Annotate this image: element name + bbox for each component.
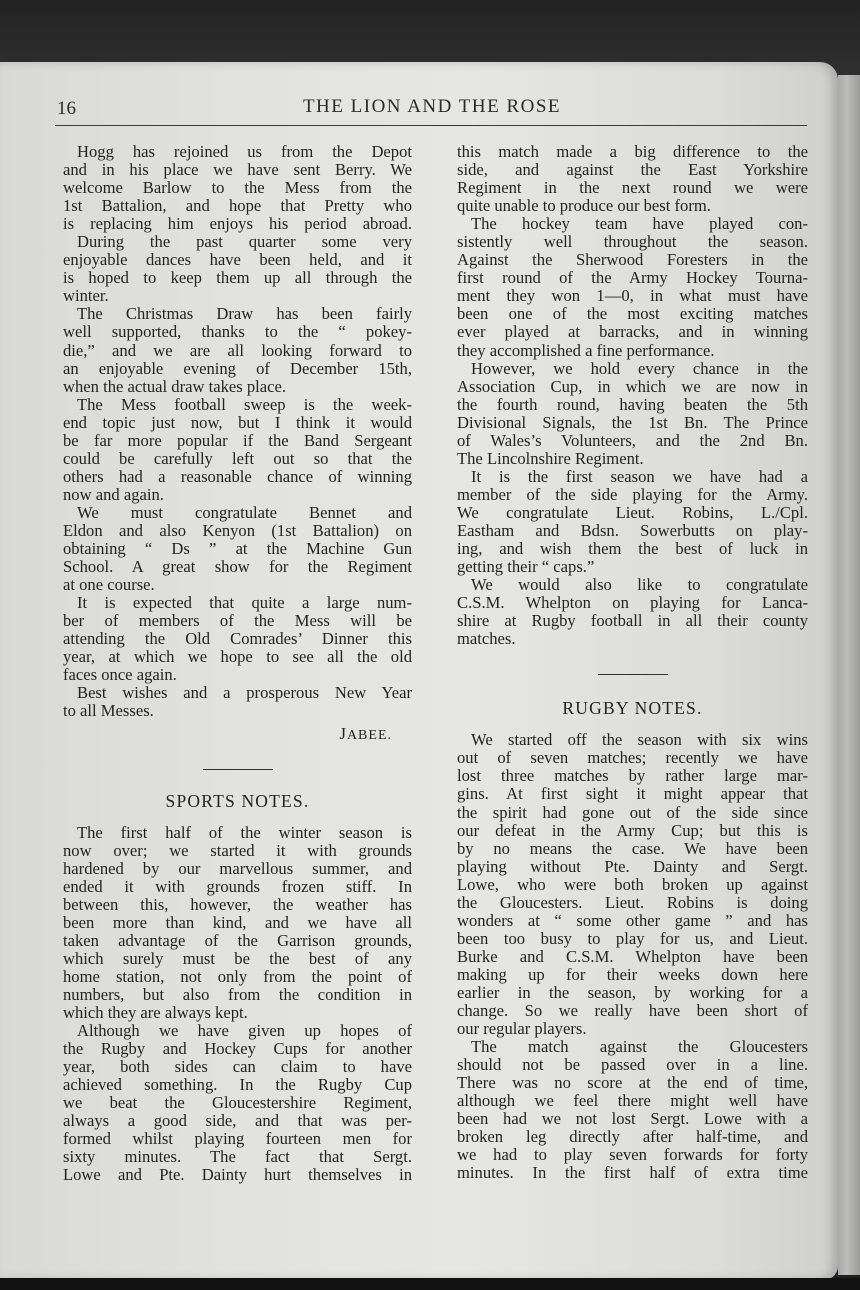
text-line: which surely must be the best of any [63, 950, 412, 968]
text-line: could be carefully left out so that the [63, 450, 412, 468]
text-line: Regiment in the next round we were [457, 179, 808, 197]
text-line: to all Messes. [63, 702, 412, 720]
text-line: an enjoyable evening of December 15th, [63, 360, 412, 378]
text-line: We would also like to congratulate [457, 576, 808, 594]
text-line: faces once again. [63, 666, 412, 684]
text-line: now and again. [63, 486, 412, 504]
text-line: they accomplished a fine performance. [457, 342, 808, 360]
text-line: ever played at barracks, and in winning [457, 323, 808, 341]
text-line: The Lincolnshire Regiment. [457, 450, 808, 468]
text-line: this match made a big difference to the [457, 143, 808, 161]
rugby-notes: We started off the season with six wins … [457, 731, 808, 1182]
text-line: Association Cup, in which we are now in [457, 378, 808, 396]
text-line: shire at Rugby football in all their cou… [457, 612, 808, 630]
text-line: the spirit had gone out of the side sinc… [457, 804, 808, 822]
text-line: matches. [457, 630, 808, 648]
text-line: Although we have given up hopes of [63, 1022, 412, 1040]
text-line: numbers, but also from the condition in [63, 986, 412, 1004]
text-line: We must congratulate Bennet and [63, 504, 412, 522]
text-line: enjoyable dances have been held, and it [63, 251, 412, 269]
running-title: THE LION AND THE ROSE [57, 96, 807, 118]
text-line: C.S.M. Whelpton on playing for Lanca- [457, 594, 808, 612]
text-line: out of seven matches; recently we have [457, 749, 808, 767]
text-line: been one of the most exciting matches [457, 305, 808, 323]
text-line: Burke and C.S.M. Whelpton have been [457, 948, 808, 966]
text-line: by no means the case. We have been [457, 840, 808, 858]
text-line: end topic just now, but I think it would [63, 414, 412, 432]
text-line: There was no score at the end of time, [457, 1074, 808, 1092]
text-line: School. A great show for the Regiment [63, 558, 412, 576]
text-line: sixty minutes. The fact that Sergt. [63, 1148, 412, 1166]
text-line: the Rugby and Hockey Cups for another [63, 1040, 412, 1058]
text-line: wonders at “ some other game ” and has [457, 912, 808, 930]
text-line: been too busy to play for us, and Lieut. [457, 930, 808, 948]
text-line: The Christmas Draw has been fairly [63, 305, 412, 323]
text-line: our regular players. [457, 1020, 808, 1038]
text-line: the Gloucesters. Lieut. Robins is doing [457, 894, 808, 912]
text-line: sistently well throughout the season. [457, 233, 808, 251]
text-line: gins. At first sight it might appear tha… [457, 785, 808, 803]
text-line: now over; we started it with grounds [63, 842, 412, 860]
sports-notes: The first half of the winter season is n… [63, 824, 412, 1185]
section-title-sports-notes: SPORTS NOTES. [63, 792, 412, 816]
text-line: and in his place we have sent Berry. We [63, 161, 412, 179]
text-line: at one course. [63, 576, 412, 594]
text-line: we had to play seven forwards for forty [457, 1146, 808, 1164]
text-line: between this, however, the weather has [63, 896, 412, 914]
text-line: playing without Pte. Dainty and Sergt. [457, 858, 808, 876]
sports-notes-continued: this match made a big difference to the … [457, 143, 808, 648]
text-line: lost three matches by rather large mar- [457, 767, 808, 785]
text-line: ended it with grounds frozen stiff. In [63, 878, 412, 896]
text-line: Divisional Signals, the 1st Bn. The Prin… [457, 414, 808, 432]
text-line: of Wales’s Volunteers, and the 2nd Bn. [457, 432, 808, 450]
header-rule [55, 125, 807, 126]
text-line: It is the first season we have had a [457, 468, 808, 486]
text-line: change. So we really have been short of [457, 1002, 808, 1020]
text-line: hardened by our marvellous summer, and [63, 860, 412, 878]
text-line: Lowe, who were both broken up against [457, 876, 808, 894]
text-line: should not be passed over in a line. [457, 1056, 808, 1074]
text-line: The hockey team have played con- [457, 215, 808, 233]
text-line: making up for their weeks down here [457, 966, 808, 984]
text-line: formed whilst playing fourteen men for [63, 1130, 412, 1148]
text-line: The match against the Gloucesters [457, 1038, 808, 1056]
text-line: 1st Battalion, and hope that Pretty who [63, 197, 412, 215]
text-line: winter. [63, 287, 412, 305]
text-line: The Mess football sweep is the week- [63, 396, 412, 414]
text-line: home station, not only from the point of [63, 968, 412, 986]
right-column: this match made a big difference to the … [457, 143, 808, 1182]
text-line: Lowe and Pte. Dainty hurt themselves in [63, 1166, 412, 1184]
mess-notes: Hogg has rejoined us from the Depot and … [63, 143, 412, 747]
text-line: minutes. In the first half of extra time [457, 1164, 808, 1182]
text-line: the fourth round, having beaten the 5th [457, 396, 808, 414]
text-line: earlier in the season, by working for a [457, 984, 808, 1002]
text-line: ment they won 1—0, in what must have [457, 287, 808, 305]
text-line: broken leg directly after half-time, and [457, 1128, 808, 1146]
text-line: be far more popular if the Band Sergeant [63, 432, 412, 450]
text-line: when the actual draw takes place. [63, 378, 412, 396]
text-line: Eastham and Bdsn. Sowerbutts on play- [457, 522, 808, 540]
text-line: Best wishes and a prosperous New Year [63, 684, 412, 702]
text-line: others had a reasonable chance of winnin… [63, 468, 412, 486]
text-line: obtaining “ Ds ” at the Machine Gun [63, 540, 412, 558]
signature: JABEE. [63, 725, 412, 747]
text-line: The first half of the winter season is [63, 824, 412, 842]
text-line: During the past quarter some very [63, 233, 412, 251]
text-line: We congratulate Lieut. Robins, L./Cpl. [457, 504, 808, 522]
text-line: although we feel there might well have [457, 1092, 808, 1110]
text-line: first round of the Army Hockey Tourna- [457, 269, 808, 287]
text-line: been had we not lost Sergt. Lowe with a [457, 1110, 808, 1128]
text-line: which they are always kept. [63, 1004, 412, 1022]
text-line: year, both sides can claim to have [63, 1058, 412, 1076]
text-line: Hogg has rejoined us from the Depot [63, 143, 412, 161]
text-line: die,” and we are all looking forward to [63, 342, 412, 360]
section-divider [203, 769, 273, 770]
text-line: welcome Barlow to the Mess from the [63, 179, 412, 197]
text-line: ber of members of the Mess will be [63, 612, 412, 630]
text-line: achieved something. In the Rugby Cup [63, 1076, 412, 1094]
left-column: Hogg has rejoined us from the Depot and … [63, 143, 412, 1184]
text-line: However, we hold every chance in the [457, 360, 808, 378]
page-header: 16 THE LION AND THE ROSE [57, 96, 807, 126]
text-line: our defeat in the Army Cup; but this is [457, 822, 808, 840]
text-line: is replacing him enjoys his period abroa… [63, 215, 412, 233]
text-line: year, at which we hope to see all the ol… [63, 648, 412, 666]
text-line: we beat the Gloucestershire Regiment, [63, 1094, 412, 1112]
text-line: Against the Sherwood Foresters in the [457, 251, 808, 269]
text-line: is hoped to keep them up all through the [63, 269, 412, 287]
text-line: member of the side playing for the Army. [457, 486, 808, 504]
text-line: It is expected that quite a large num- [63, 594, 412, 612]
text-line: well supported, thanks to the “ pokey- [63, 323, 412, 341]
text-line: Eldon and also Kenyon (1st Battalion) on [63, 522, 412, 540]
text-line: always a good side, and that was per- [63, 1112, 412, 1130]
section-divider [598, 674, 668, 675]
text-line: ing, and wish them the best of luck in [457, 540, 808, 558]
text-line: been more than kind, and we have all [63, 914, 412, 932]
section-title-rugby-notes: RUGBY NOTES. [457, 699, 808, 723]
text-line: getting their “ caps.” [457, 558, 808, 576]
page-stack-edge [838, 75, 860, 1275]
text-line: taken advantage of the Garrison grounds, [63, 932, 412, 950]
text-line: side, and against the East Yorkshire [457, 161, 808, 179]
text-line: attending the Old Comrades’ Dinner this [63, 630, 412, 648]
bottom-shadow [0, 1278, 860, 1290]
text-line: We started off the season with six wins [457, 731, 808, 749]
text-line: quite unable to produce our best form. [457, 197, 808, 215]
